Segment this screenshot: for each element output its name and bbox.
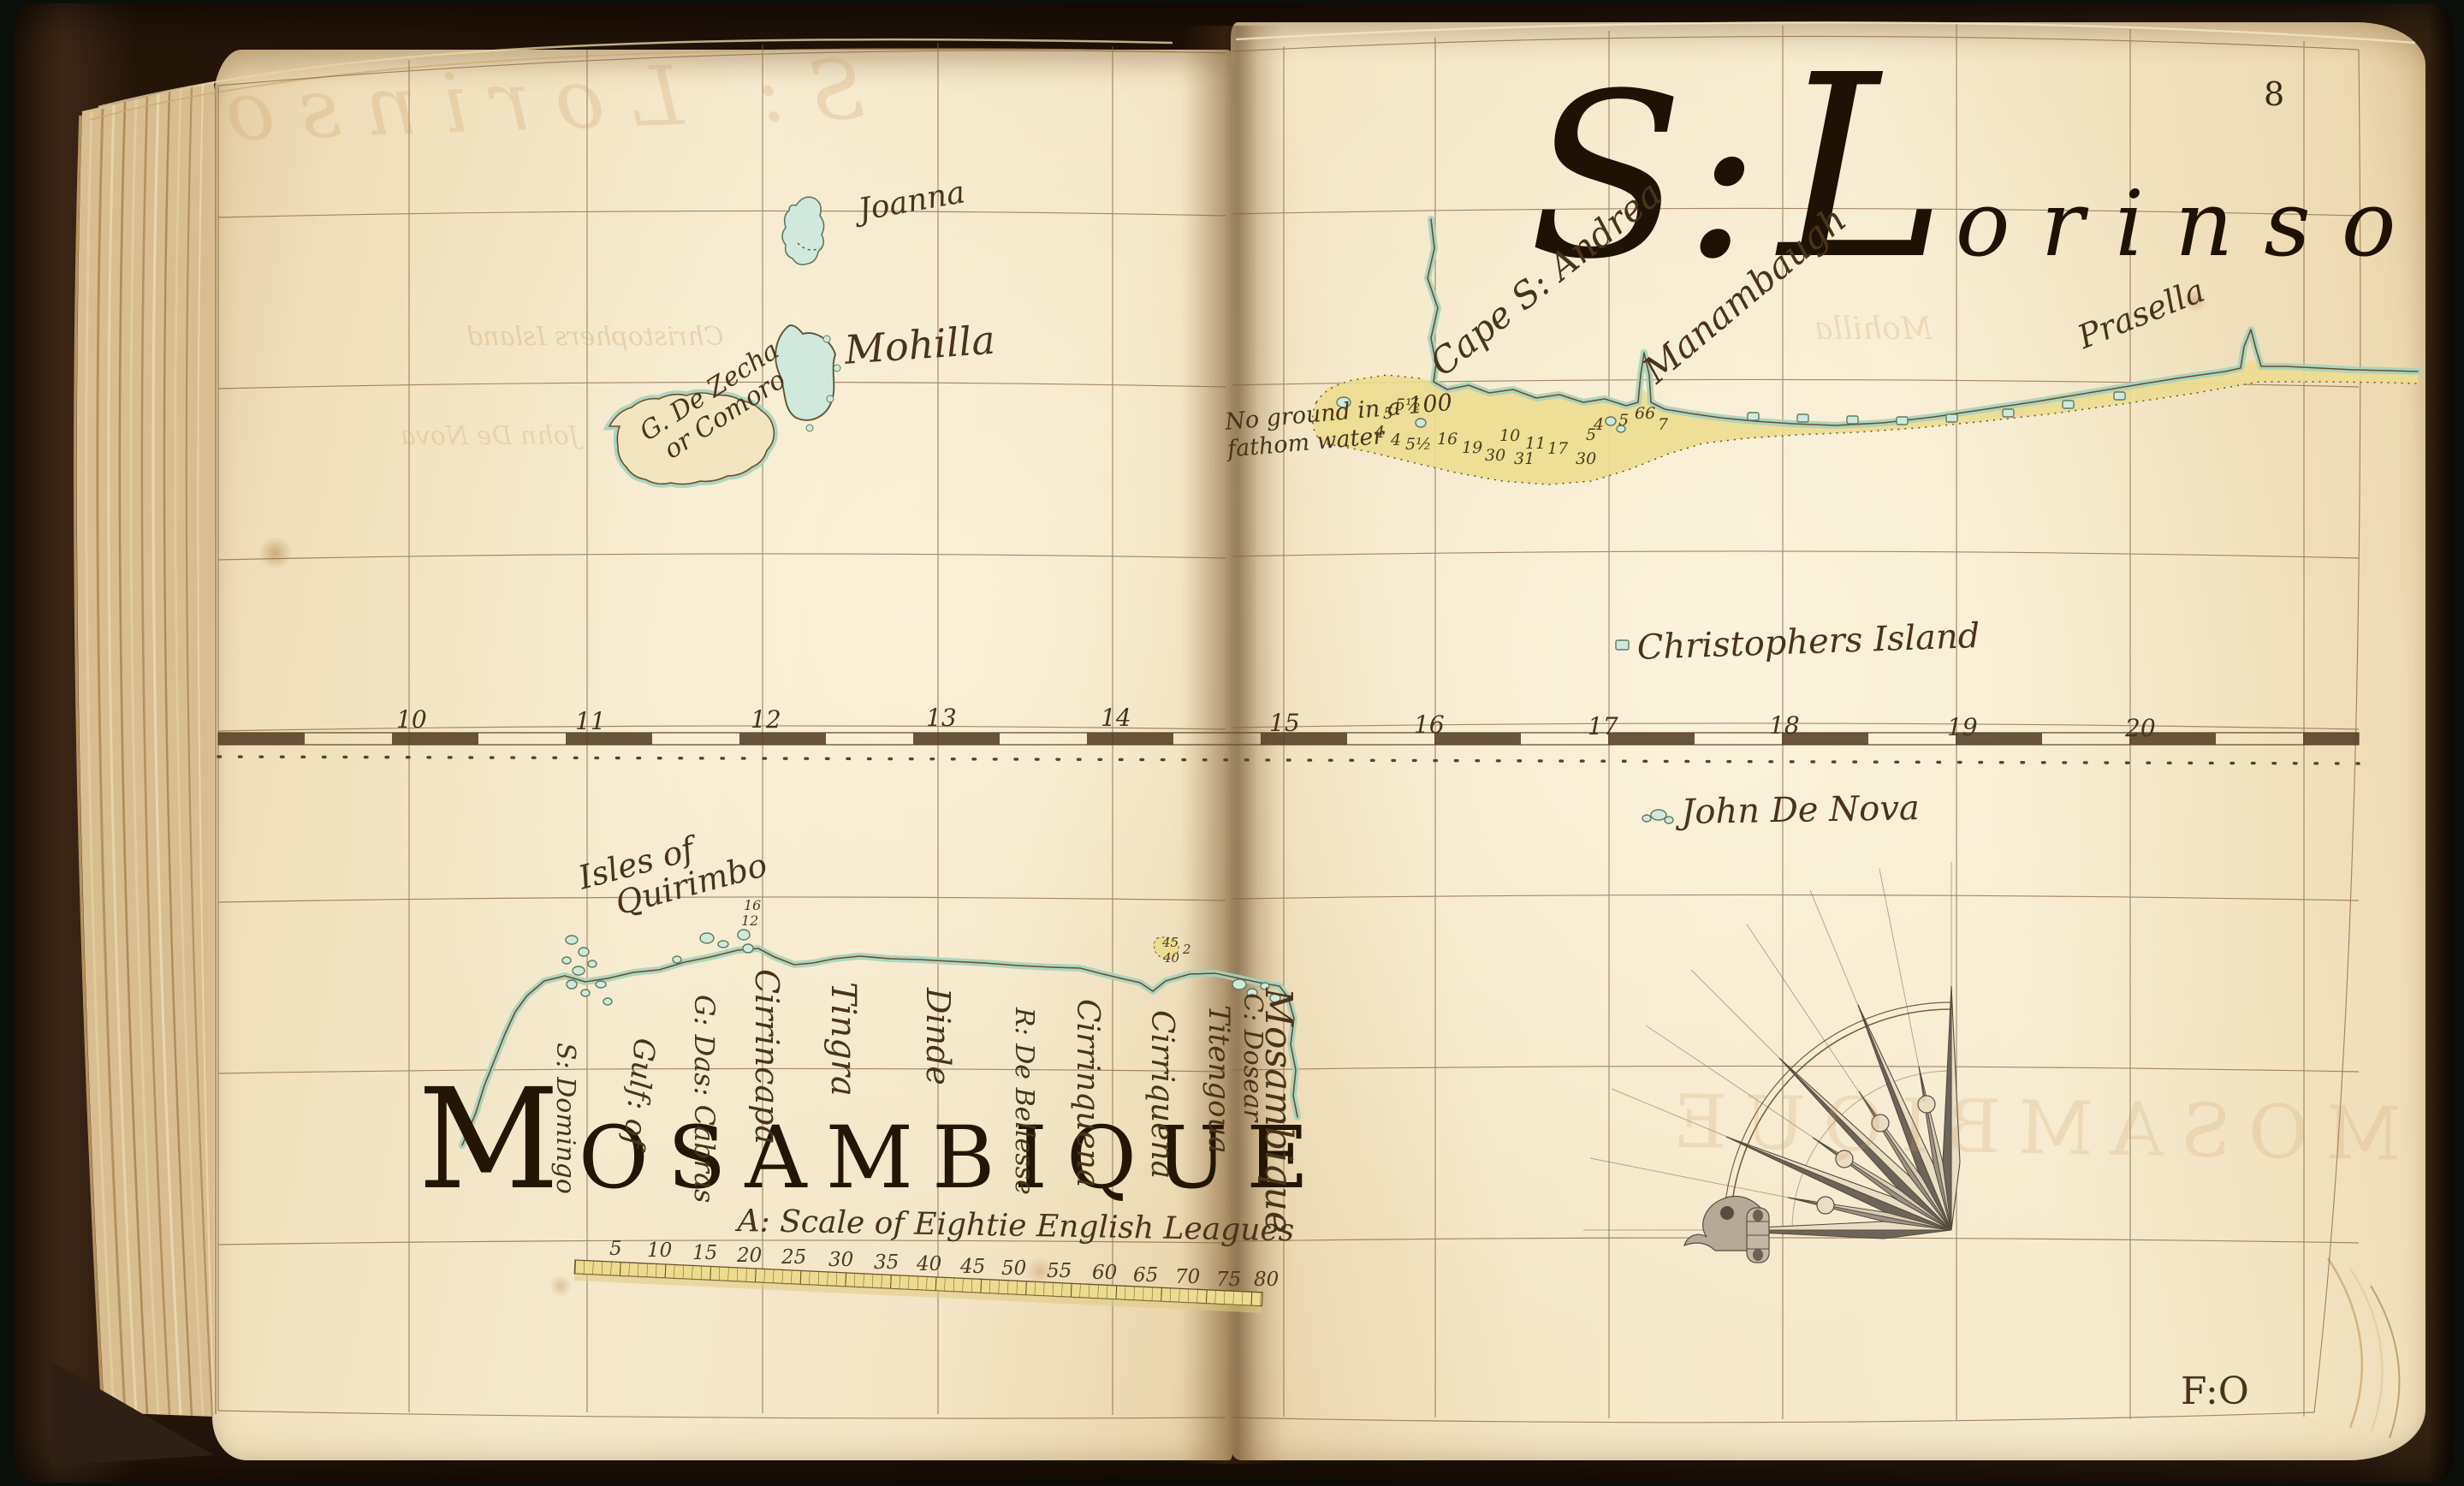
island-label-joanna: Joanna	[856, 175, 968, 228]
sounding-value: 66	[1635, 404, 1655, 423]
scale-tick: 15	[692, 1242, 717, 1264]
title-name: Lorinso	[1779, 55, 2427, 282]
scale-tick: 35	[874, 1251, 899, 1274]
scale-tick: 80	[1254, 1269, 1279, 1291]
longitude-degree-label: 18	[1769, 711, 1800, 740]
sounding-value: 5½	[1405, 435, 1432, 454]
scale-tick: 10	[647, 1239, 672, 1262]
coast-label-r-de-bellesse: R: De Bellesse	[1009, 1008, 1039, 1195]
sounding-value: 2	[1183, 942, 1191, 957]
coast-label-dinde: Dinde	[919, 988, 957, 1085]
coast-label-cirriquena: Cirriquena	[1144, 1010, 1179, 1179]
coast-label-tingra: Tingra	[823, 982, 863, 1097]
bleedthrough-label: Christophers Island	[466, 322, 724, 352]
longitude-degree-label: 15	[1269, 709, 1300, 737]
coast-label-mosambique-town: Mosambique	[1256, 988, 1300, 1233]
bleedthrough-title: MOSAMBIQUE	[1655, 1079, 2402, 1177]
longitude-degree-label: 19	[1947, 713, 1978, 741]
scale-tick: 25	[781, 1246, 806, 1269]
bleedthrough-label: Mohilla	[1814, 312, 1933, 347]
longitude-degree-label: 13	[926, 704, 957, 732]
sounding-value: 19	[1462, 438, 1482, 457]
sounding-value: 4	[1374, 423, 1385, 442]
scale-tick: 65	[1133, 1264, 1158, 1287]
coast-label-g-das-cabras: G: Das: Cabras	[688, 995, 721, 1203]
scale-tick: 30	[828, 1249, 853, 1271]
longitude-degree-label: 10	[396, 705, 427, 734]
sounding-value: 30	[1576, 449, 1596, 468]
longitude-degree-label: 12	[751, 705, 781, 734]
cartographer-monogram: F:O	[2181, 1370, 2249, 1413]
scale-tick: 55	[1047, 1260, 1072, 1282]
sounding-value: 5	[1383, 404, 1393, 423]
sounding-value: 16	[1437, 430, 1458, 449]
coast-label-s-domingo: S: Domingo	[550, 1043, 580, 1194]
longitude-degree-label: 14	[1101, 704, 1131, 732]
sounding-value: 31	[1514, 449, 1535, 468]
sounding-value: 12	[741, 912, 758, 929]
island-label-mohilla: Mohilla	[843, 317, 996, 373]
region-title-st-lorinso: S: Lorinso	[1529, 55, 2427, 282]
coast-label-cirrincapa: Cirrincapa	[748, 969, 786, 1144]
sounding-value: 17	[1547, 439, 1568, 458]
sounding-value: 4	[1594, 415, 1604, 434]
longitude-degree-label: 16	[1414, 710, 1445, 739]
coast-label-cirrinquena: Cirrinquena	[1070, 999, 1105, 1187]
sounding-value: 10	[1499, 426, 1520, 445]
sounding-value: 5½	[1395, 395, 1422, 414]
scale-tick: 5	[609, 1238, 622, 1260]
scale-tick: 50	[1001, 1257, 1026, 1280]
coast-label-titengoua: Titengoua	[1202, 1005, 1236, 1154]
bleedthrough-title: S: Lorinso	[199, 41, 866, 160]
bleedthrough-label: John De Nova	[401, 421, 579, 451]
scale-tick: 45	[960, 1256, 985, 1278]
sounding-value: 5	[1618, 411, 1629, 430]
longitude-degree-label: 20	[2125, 714, 2156, 742]
sounding-value: 45	[1162, 935, 1179, 950]
sounding-value: 40	[1163, 950, 1179, 966]
sounding-value: 7	[1658, 415, 1668, 434]
sounding-value: 30	[1485, 446, 1505, 465]
sounding-value: 4	[1391, 431, 1401, 449]
sounding-value: 16	[744, 897, 761, 913]
longitude-degree-label: 11	[575, 707, 606, 735]
scale-tick: 60	[1092, 1262, 1117, 1284]
coast-label-prasella: Prasella	[2073, 271, 2211, 356]
scale-tick: 40	[917, 1253, 941, 1275]
scale-tick: 20	[737, 1245, 762, 1267]
island-label-christophers: Christophers Island	[1636, 616, 1980, 668]
longitude-degree-label: 17	[1588, 712, 1618, 740]
manuscript-atlas-spread: S: Lorinso Christophers Island John De N…	[0, 0, 2464, 1486]
island-label-john-de-nova: John De Nova	[1681, 788, 1920, 832]
scale-tick: 70	[1175, 1266, 1200, 1288]
island-label-comoro: G. De Zecha or Comoro	[635, 336, 799, 471]
scale-tick: 75	[1216, 1269, 1241, 1291]
